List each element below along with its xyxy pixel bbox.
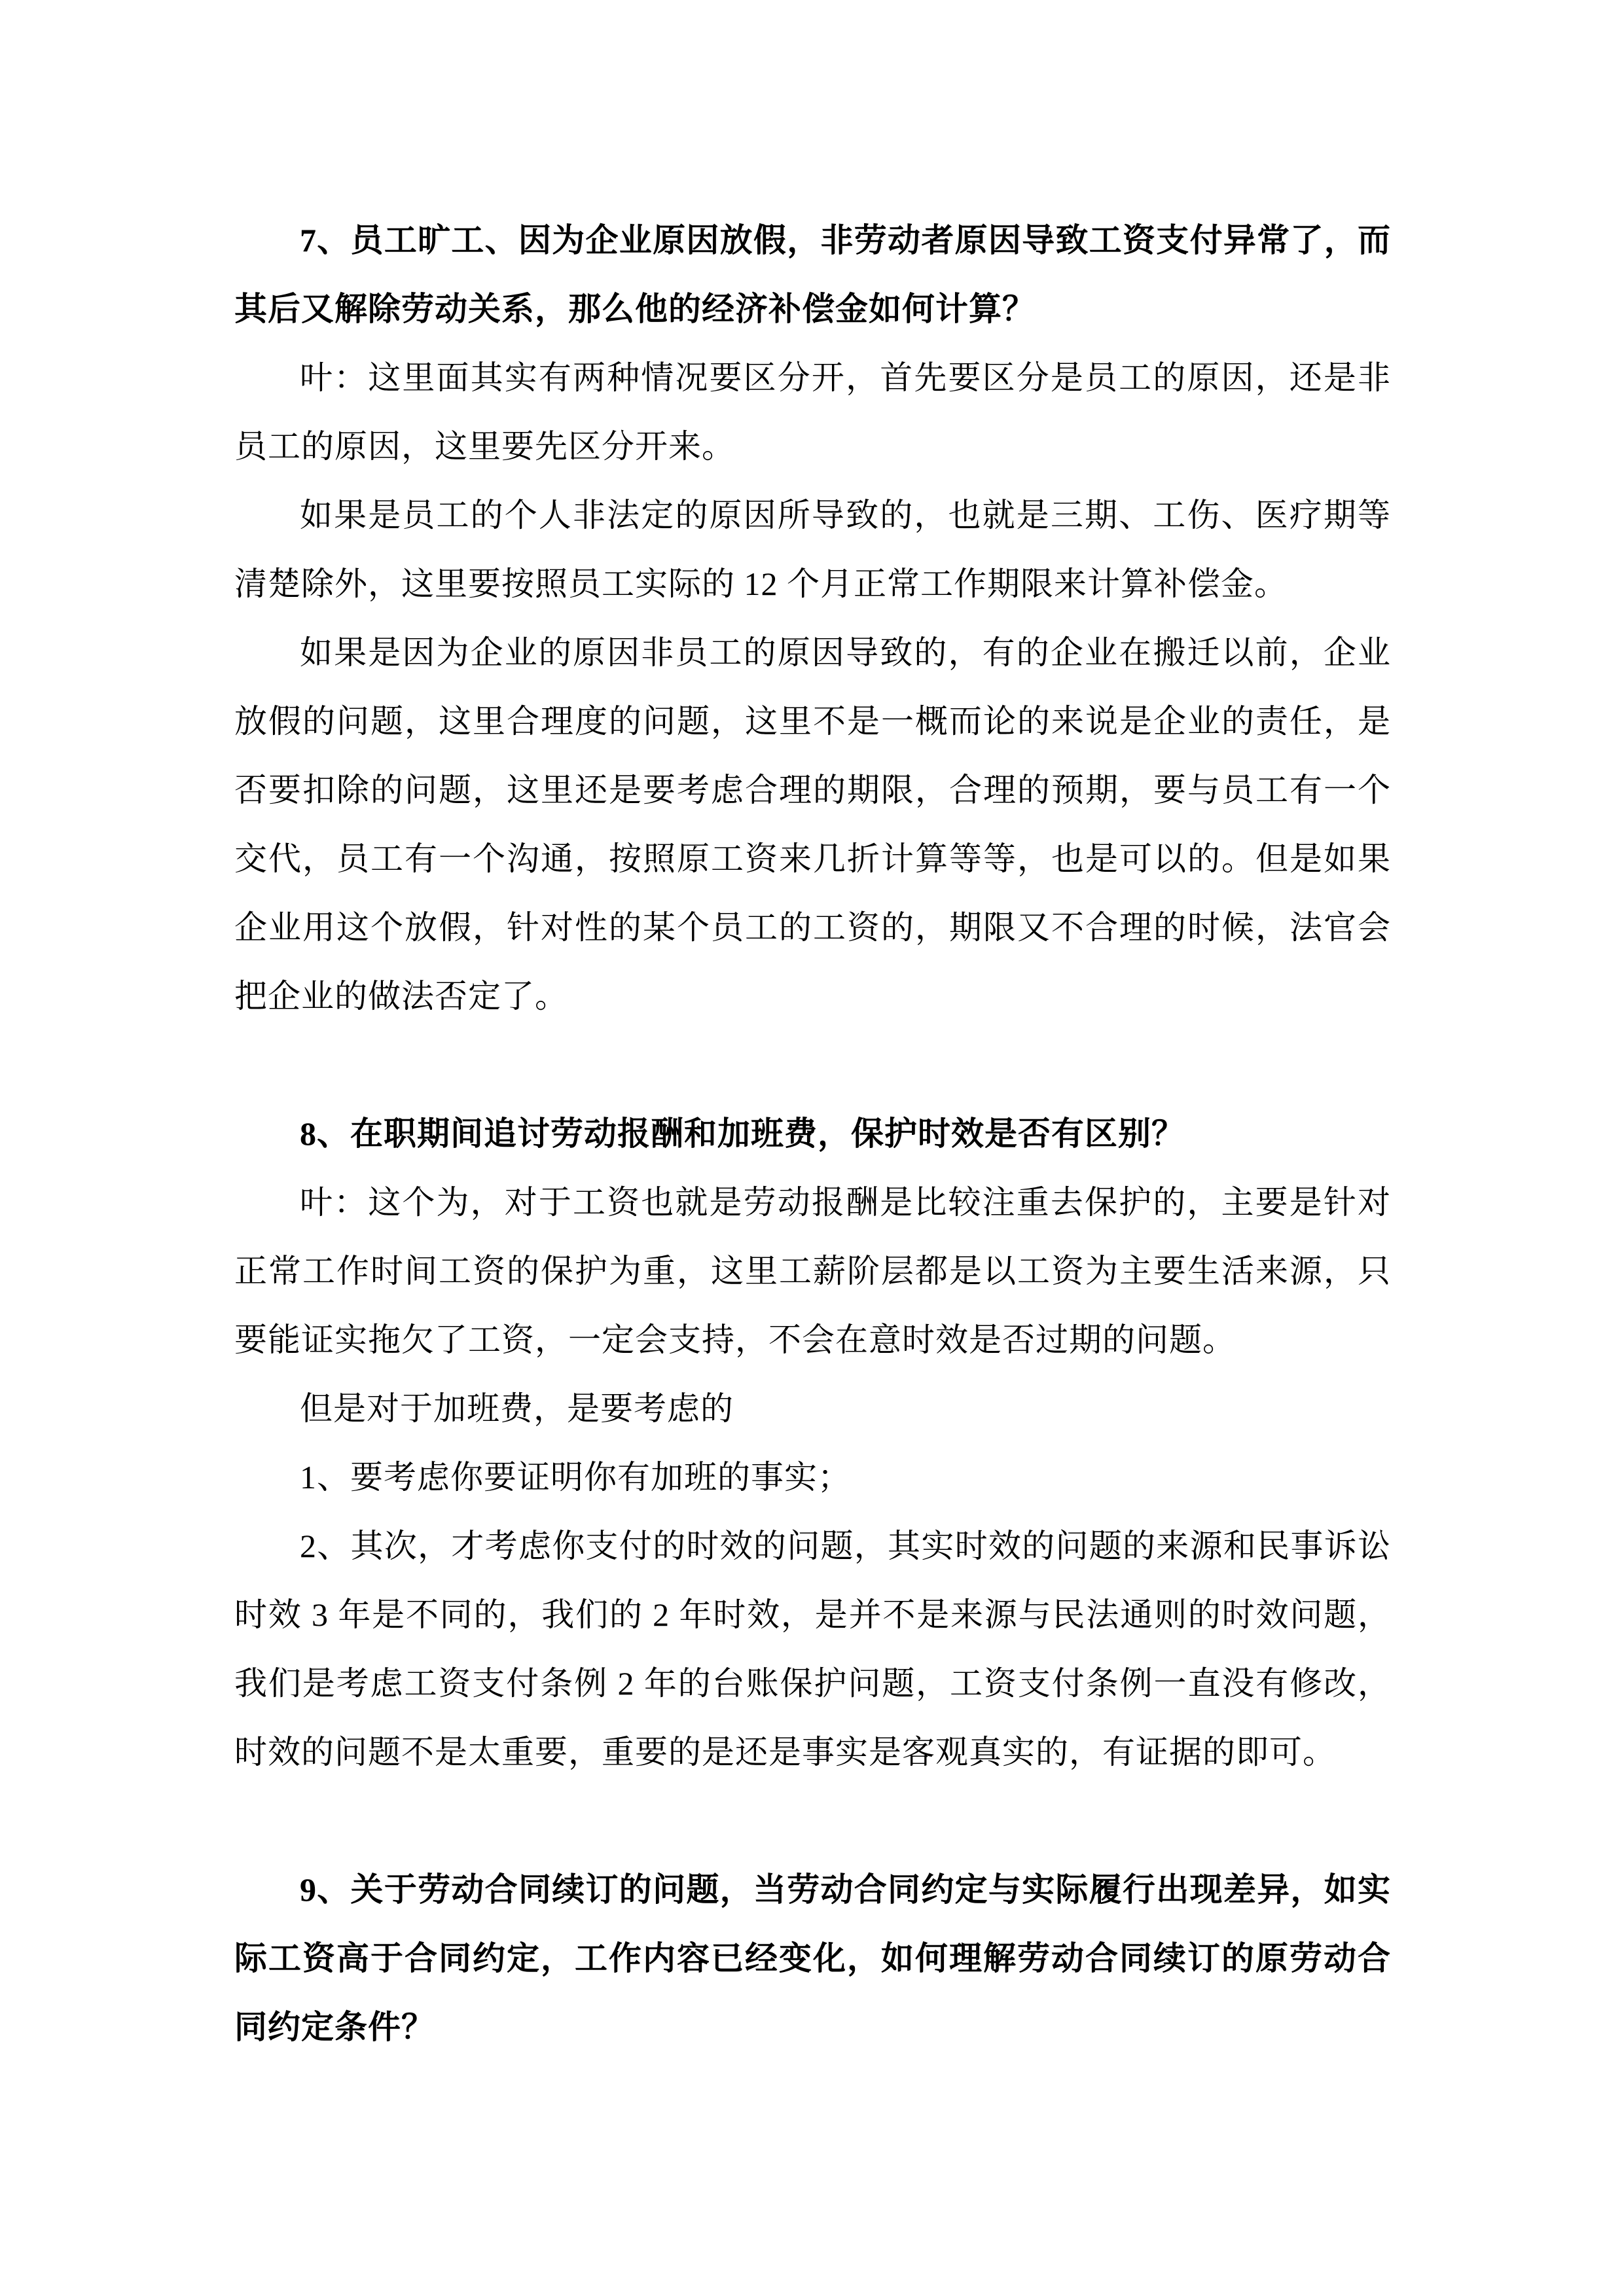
- answer-paragraph: 1、要考虑你要证明你有加班的事实；: [234, 1443, 1391, 1512]
- question-paragraph: 8、在职期间追讨劳动报酬和加班费，保护时效是否有区别？: [234, 1100, 1391, 1168]
- answer-paragraph: 叶：这里面其实有两种情况要区分开，首先要区分是员工的原因，还是非员工的原因，这里…: [234, 344, 1391, 481]
- answer-paragraph: 2、其次，才考虑你支付的时效的问题，其实时效的问题的来源和民事诉讼时效 3 年是…: [234, 1512, 1391, 1787]
- answer-paragraph: 如果是员工的个人非法定的原因所导致的，也就是三期、工伤、医疗期等清楚除外，这里要…: [234, 481, 1391, 619]
- answer-paragraph: 叶：这个为，对于工资也就是劳动报酬是比较注重去保护的，主要是针对正常工作时间工资…: [234, 1168, 1391, 1374]
- answer-paragraph: 但是对于加班费，是要考虑的: [234, 1374, 1391, 1443]
- page: 7、员工旷工、因为企业原因放假，非劳动者原因导致工资支付异常了，而其后又解除劳动…: [0, 0, 1624, 2296]
- question-paragraph: 9、关于劳动合同续订的问题，当劳动合同约定与实际履行出现差异，如实际工资高于合同…: [234, 1856, 1391, 2062]
- document-body: 7、员工旷工、因为企业原因放假，非劳动者原因导致工资支付异常了，而其后又解除劳动…: [234, 206, 1391, 2062]
- answer-paragraph: 如果是因为企业的原因非员工的原因导致的，有的企业在搬迁以前，企业放假的问题，这里…: [234, 619, 1391, 1031]
- question-paragraph: 7、员工旷工、因为企业原因放假，非劳动者原因导致工资支付异常了，而其后又解除劳动…: [234, 206, 1391, 344]
